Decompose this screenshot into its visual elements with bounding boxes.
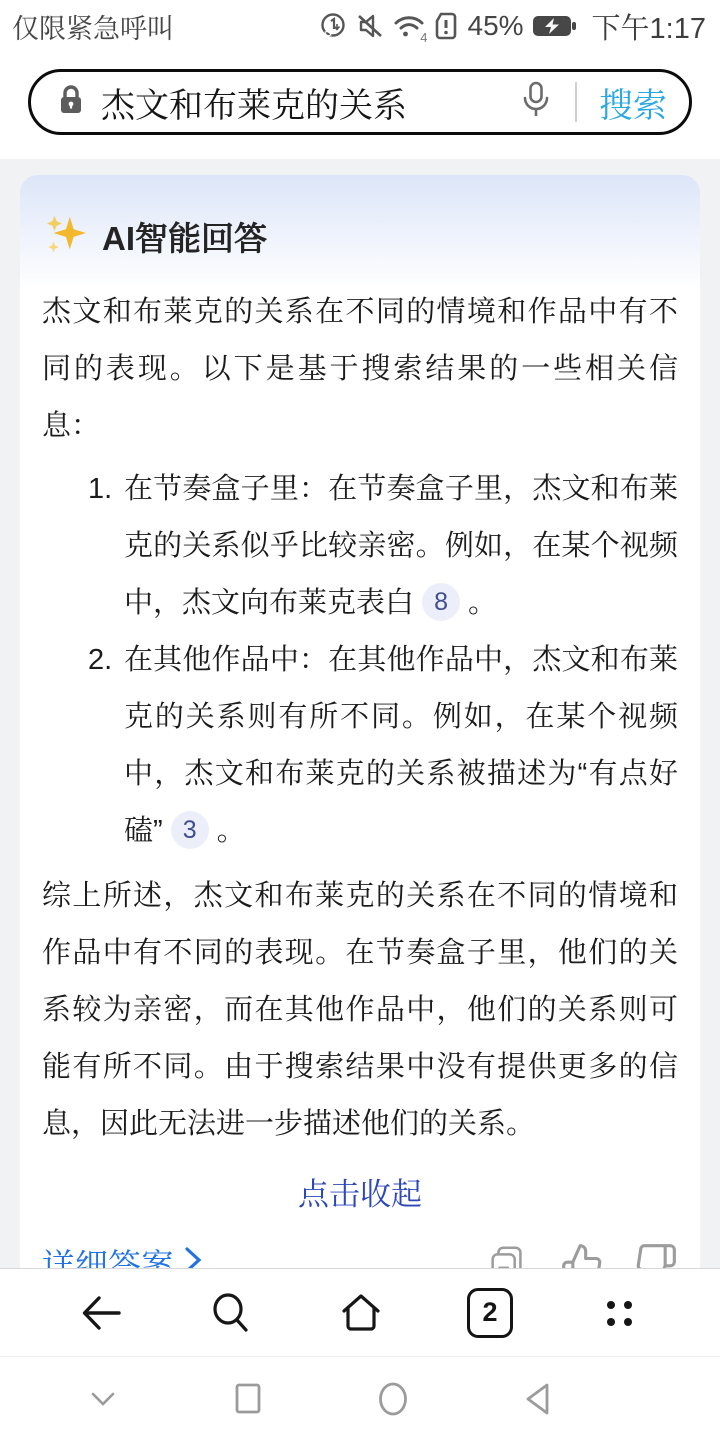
wifi-badge: 4 — [420, 30, 427, 45]
ai-card-header: AI智能回答 — [42, 175, 678, 262]
ai-answer-list: 1. 在节奏盒子里：在节奏盒子里，杰文和布莱克的关系似乎比较亲密。例如，在某个视… — [42, 461, 678, 860]
list-item-period: 。 — [217, 815, 246, 847]
collapse-row: 点击收起 — [42, 1169, 678, 1214]
ai-conclusion-paragraph: 综上所述，杰文和布莱克的关系在不同的情境和作品中有不同的表现。在节奏盒子里，他们… — [42, 868, 678, 1153]
list-item-body: 在其他作品中：在其他作品中，杰文和布莱克的关系则有所不同。例如，在某个视频中，杰… — [124, 644, 678, 847]
status-bar: 仅限紧急呼叫 — [0, 0, 720, 52]
ai-card-title: AI智能回答 — [102, 213, 267, 260]
clock-time: 下午1:17 — [592, 6, 706, 47]
menu-dots-icon[interactable] — [595, 1289, 643, 1337]
citation-badge[interactable]: 3 — [171, 811, 209, 849]
tabs-icon[interactable]: 2 — [467, 1288, 513, 1338]
power-saving-icon — [318, 11, 348, 41]
browser-toolbar: 2 — [0, 1268, 720, 1356]
battery-percent: 45% — [468, 10, 524, 42]
copy-icon[interactable] — [484, 1241, 530, 1269]
search-input[interactable]: 杰文和布莱克的关系 — [101, 78, 521, 127]
back-triangle-icon[interactable] — [515, 1376, 561, 1422]
wifi-icon: 4 — [392, 11, 426, 41]
home-circle-icon[interactable] — [370, 1376, 416, 1422]
detail-answer-label: 详细答案 — [42, 1240, 174, 1268]
ai-intro-paragraph: 杰文和布莱克的关系在不同的情境和作品中有不同的表现。以下是基于搜索结果的一些相关… — [42, 284, 678, 455]
thumb-up-icon[interactable] — [560, 1242, 604, 1269]
feedback-icons — [484, 1241, 678, 1269]
sparkle-icon — [42, 211, 88, 262]
citation-badge[interactable]: 8 — [422, 583, 460, 621]
mic-icon[interactable] — [521, 80, 551, 125]
chevron-down-icon[interactable] — [80, 1376, 126, 1422]
list-item: 1. 在节奏盒子里：在节奏盒子里，杰文和布莱克的关系似乎比较亲密。例如，在某个视… — [42, 461, 678, 632]
chevron-right-icon — [184, 1245, 202, 1269]
list-item-text: 在节奏盒子里：在节奏盒子里，杰文和布莱克的关系似乎比较亲密。例如，在某个视频中，… — [124, 461, 678, 632]
status-icons: 4 45% 下午1:17 — [318, 6, 707, 47]
search-divider — [575, 82, 577, 122]
carrier-text: 仅限紧急呼叫 — [12, 7, 318, 46]
lock-icon — [57, 84, 85, 121]
detail-answer-link[interactable]: 详细答案 — [42, 1240, 202, 1268]
ai-card-footer: 详细答案 — [42, 1240, 678, 1268]
recents-square-icon[interactable] — [225, 1376, 271, 1422]
results-area: AI智能回答 杰文和布莱克的关系在不同的情境和作品中有不同的表现。以下是基于搜索… — [0, 159, 720, 1268]
list-item-number: 1. — [88, 461, 124, 632]
mute-icon — [355, 11, 385, 41]
search-button[interactable]: 搜索 — [599, 78, 667, 127]
system-nav-bar — [0, 1356, 720, 1440]
list-item-number: 2. — [88, 632, 124, 860]
home-icon[interactable] — [337, 1289, 385, 1337]
thumb-down-icon[interactable] — [634, 1242, 678, 1269]
ai-answer-card: AI智能回答 杰文和布莱克的关系在不同的情境和作品中有不同的表现。以下是基于搜索… — [20, 175, 700, 1268]
list-item-text: 在其他作品中：在其他作品中，杰文和布莱克的关系则有所不同。例如，在某个视频中，杰… — [124, 632, 678, 860]
list-item-period: 。 — [468, 587, 497, 619]
list-item: 2. 在其他作品中：在其他作品中，杰文和布莱克的关系则有所不同。例如，在某个视频… — [42, 632, 678, 860]
phone-screen: 仅限紧急呼叫 — [0, 0, 720, 1440]
back-arrow-icon[interactable] — [77, 1289, 125, 1337]
search-icon[interactable] — [207, 1289, 255, 1337]
tab-count: 2 — [482, 1297, 497, 1328]
search-bar[interactable]: 杰文和布莱克的关系 搜索 — [28, 69, 692, 135]
list-item-body: 在节奏盒子里：在节奏盒子里，杰文和布莱克的关系似乎比较亲密。例如，在某个视频中，… — [124, 473, 678, 619]
search-section: 杰文和布莱克的关系 搜索 — [0, 52, 720, 159]
sim-alert-icon — [433, 11, 459, 41]
battery-charging-icon — [531, 11, 577, 41]
collapse-button[interactable]: 点击收起 — [298, 1169, 422, 1214]
